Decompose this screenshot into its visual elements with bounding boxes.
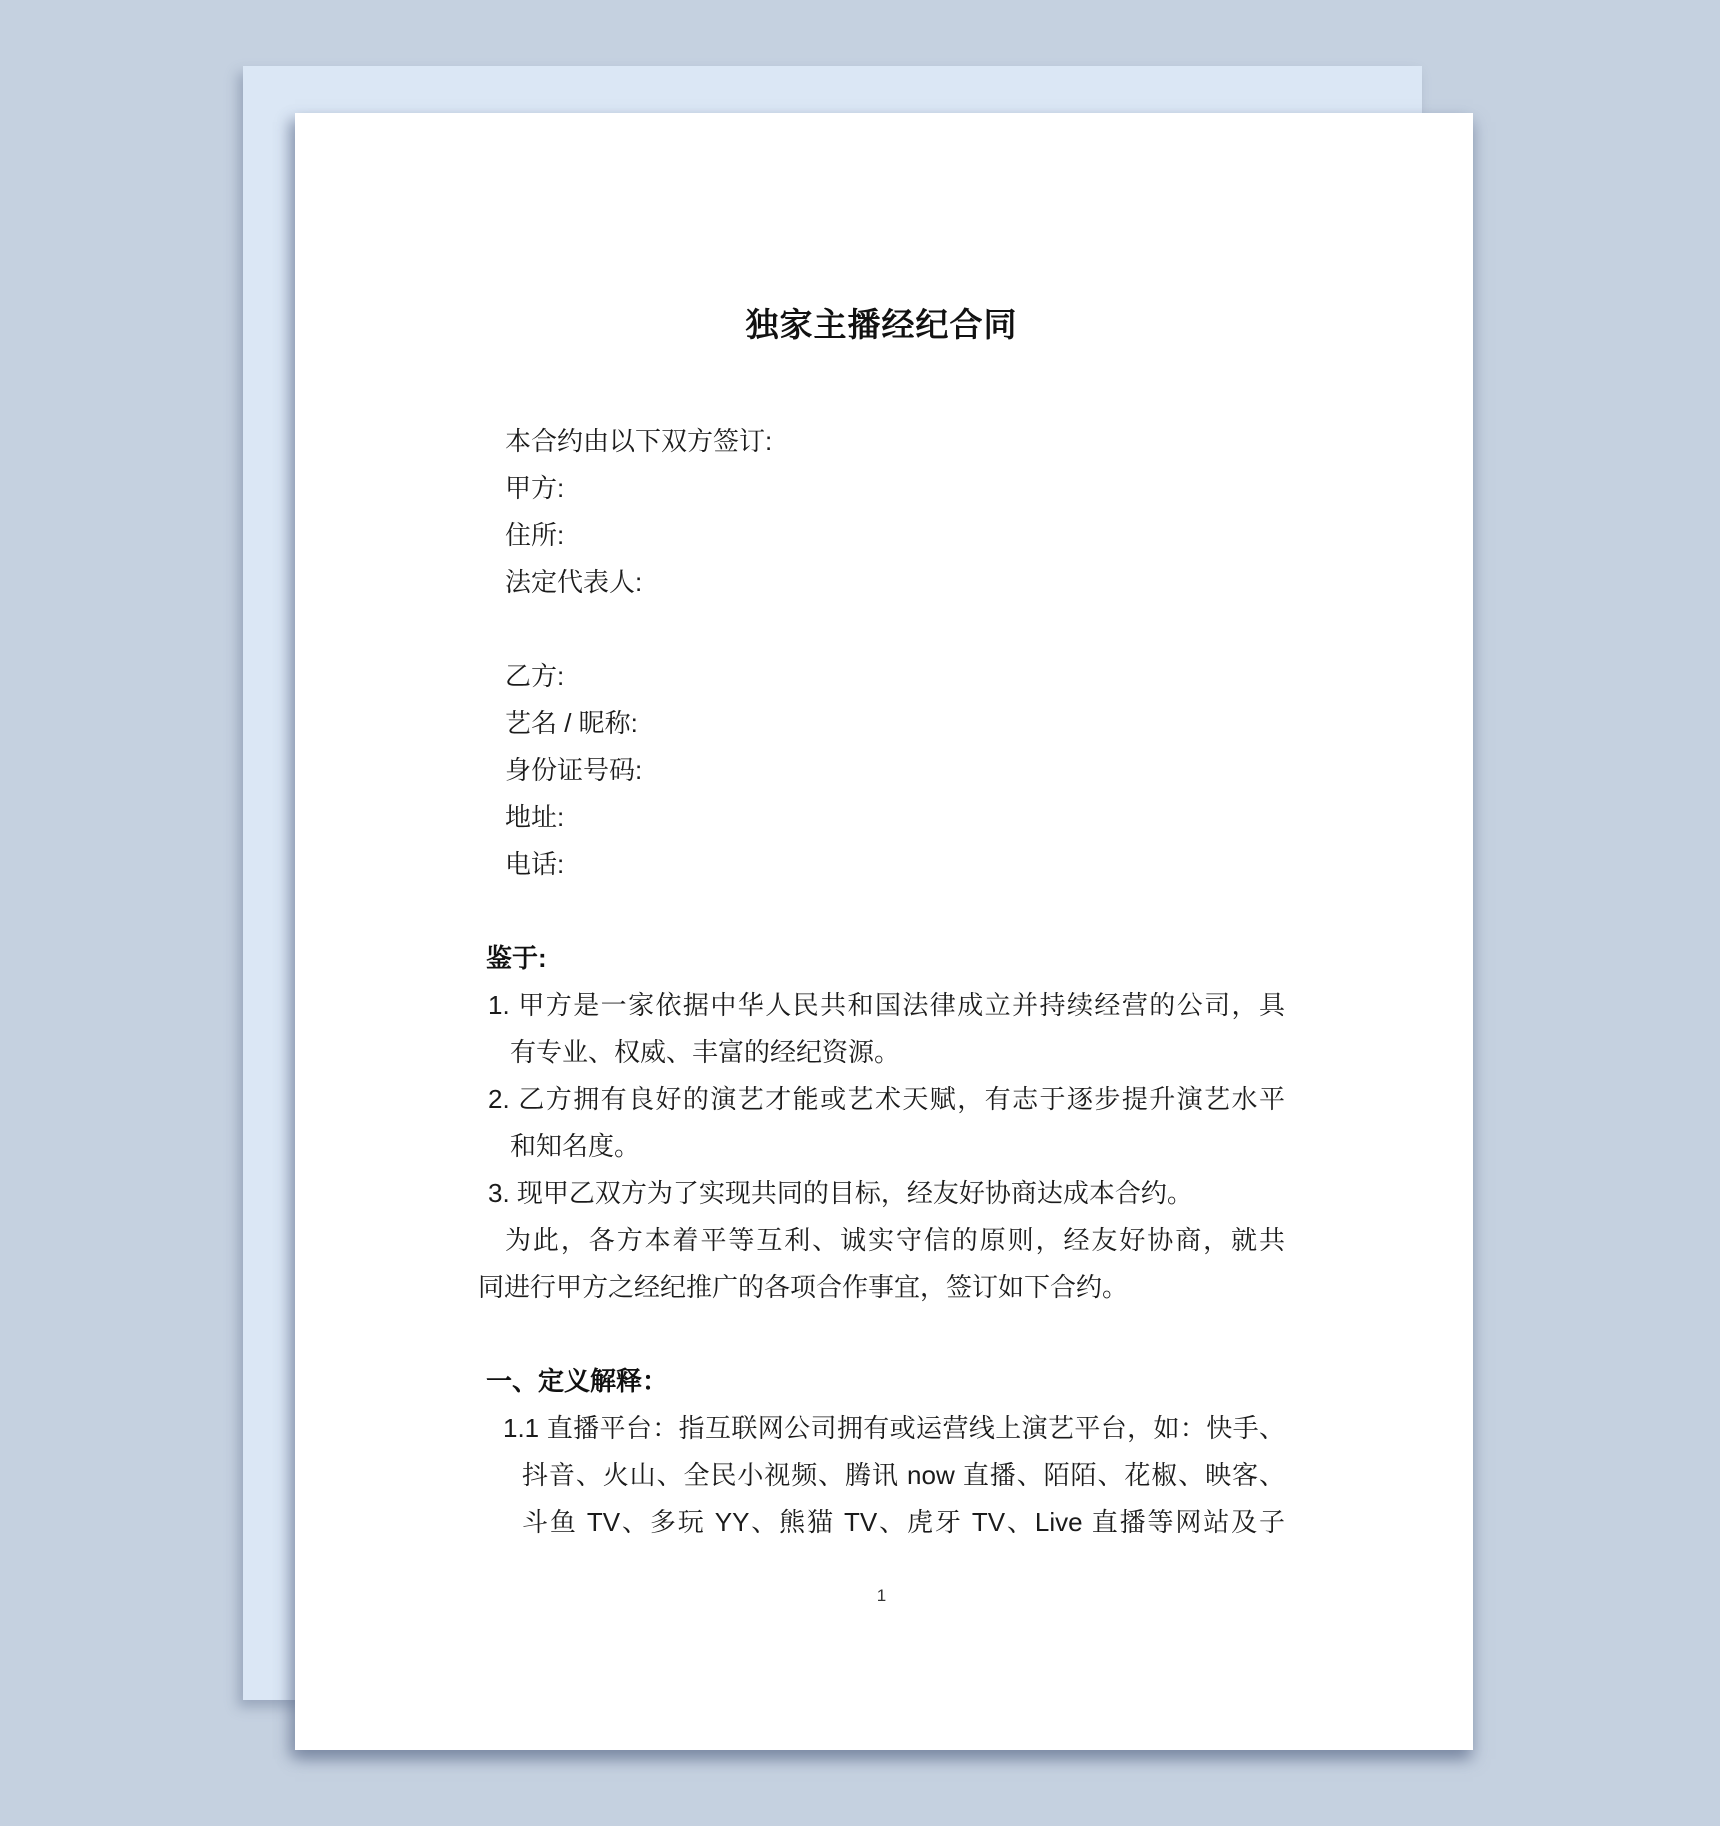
doc-line: 2. 乙方拥有良好的演艺才能或艺术天赋，有志于逐步提升演艺水平 — [478, 1076, 1285, 1123]
page-number: 1 — [478, 1580, 1285, 1612]
doc-line: 3. 现甲乙双方为了实现共同的目标，经友好协商达成本合约。 — [478, 1170, 1285, 1217]
doc-line: 同进行甲方之经纪推广的各项合作事宜，签订如下合约。 — [478, 1264, 1285, 1311]
doc-line: 住所: — [478, 512, 1285, 559]
contract-page: 独家主播经纪合同 本合约由以下双方签订:甲方:住所:法定代表人:乙方:艺名 / … — [295, 113, 1473, 1750]
doc-line: 一、定义解释： — [478, 1358, 1285, 1405]
doc-line: 本合约由以下双方签订: — [478, 418, 1285, 465]
doc-line: 乙方: — [478, 653, 1285, 700]
blank-line — [478, 888, 1285, 935]
contract-title: 独家主播经纪合同 — [478, 301, 1285, 348]
doc-line: 抖音、火山、全民小视频、腾讯 now 直播、陌陌、花椒、映客、 — [478, 1452, 1285, 1499]
desk-background: 独家主播经纪合同 本合约由以下双方签订:甲方:住所:法定代表人:乙方:艺名 / … — [0, 0, 1720, 1826]
doc-line: 法定代表人: — [478, 559, 1285, 606]
doc-line: 斗鱼 TV、多玩 YY、熊猫 TV、虎牙 TV、Live 直播等网站及子 — [478, 1499, 1285, 1546]
title-spacer — [478, 348, 1285, 418]
document-lines: 本合约由以下双方签订:甲方:住所:法定代表人:乙方:艺名 / 昵称:身份证号码:… — [478, 418, 1285, 1546]
doc-line: 身份证号码: — [478, 747, 1285, 794]
doc-line: 和知名度。 — [478, 1123, 1285, 1170]
doc-line: 鉴于: — [478, 935, 1285, 982]
doc-line: 地址: — [478, 794, 1285, 841]
doc-line: 为此，各方本着平等互利、诚实守信的原则，经友好协商，就共 — [478, 1217, 1285, 1264]
doc-line: 甲方: — [478, 465, 1285, 512]
doc-line: 1. 甲方是一家依据中华人民共和国法律成立并持续经营的公司，具 — [478, 982, 1285, 1029]
blank-line — [478, 1311, 1285, 1358]
doc-line: 电话: — [478, 841, 1285, 888]
doc-line: 艺名 / 昵称: — [478, 700, 1285, 747]
blank-line — [478, 606, 1285, 653]
doc-line: 1.1 直播平台：指互联网公司拥有或运营线上演艺平台，如：快手、 — [478, 1405, 1285, 1452]
document-content: 独家主播经纪合同 本合约由以下双方签订:甲方:住所:法定代表人:乙方:艺名 / … — [478, 113, 1285, 1546]
doc-line: 有专业、权威、丰富的经纪资源。 — [478, 1029, 1285, 1076]
